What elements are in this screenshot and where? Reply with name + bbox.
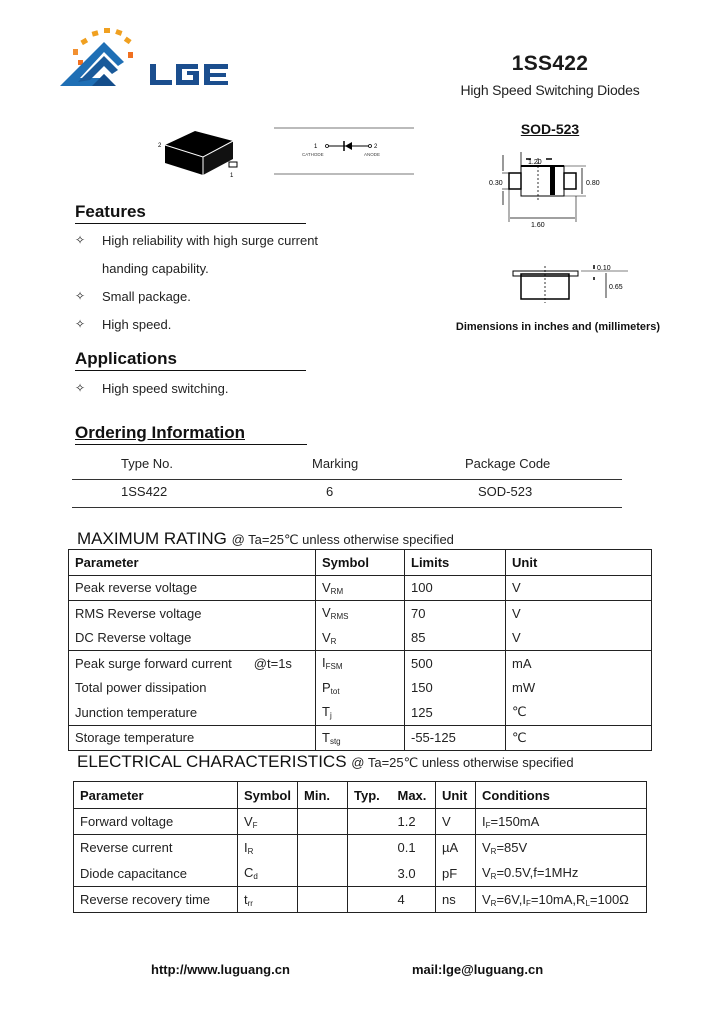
package-title: SOD-523	[510, 121, 590, 137]
unit-cell: µA	[436, 835, 476, 861]
symbol-cell: Tstg	[316, 725, 405, 751]
marking-cell: 6	[326, 484, 333, 499]
website-link[interactable]: http://www.luguang.cn	[151, 962, 290, 977]
lge-logo-icon	[58, 26, 238, 88]
limit-cell: 100	[405, 575, 506, 601]
typ-cell	[348, 887, 392, 913]
max-rating-condition: @ Ta=25℃ unless otherwise specified	[232, 532, 454, 547]
package-side-view-drawing: 0.10 0.65	[505, 258, 635, 306]
unit-cell: ℃	[506, 700, 652, 725]
company-logo	[58, 26, 238, 88]
electrical-condition: @ Ta=25℃ unless otherwise specified	[351, 755, 573, 770]
diamond-bullet-icon: ✧	[75, 381, 89, 395]
column-header: Min.	[298, 782, 348, 809]
table-row: DC Reverse voltageVR85V	[69, 626, 652, 651]
symbol-cell: IFSM	[316, 651, 405, 676]
parameter-cell: Peak reverse voltage	[69, 575, 316, 601]
conditions-cell: VR=0.5V,f=1MHz	[476, 861, 647, 887]
ordering-row: 1SS422 6 SOD-523	[72, 479, 622, 507]
max-cell: 1.2	[392, 809, 436, 835]
package-code-cell: SOD-523	[478, 484, 532, 499]
applications-heading: Applications	[75, 349, 306, 371]
unit-cell: V	[506, 601, 652, 626]
svg-text:ANODE: ANODE	[364, 152, 380, 157]
symbol-cell: Cd	[238, 861, 298, 887]
column-header: Parameter	[74, 782, 238, 809]
dim-body-width: 0.80	[586, 180, 600, 187]
min-cell	[298, 887, 348, 913]
symbol-cell: trr	[238, 887, 298, 913]
unit-cell: mW	[506, 676, 652, 701]
parameter-note: @t=1s	[254, 656, 292, 671]
ordering-table: Type No. Marking Package Code 1SS422 6 S…	[72, 452, 622, 508]
column-header: Symbol	[316, 550, 405, 576]
limit-cell: 500	[405, 651, 506, 676]
symbol-cell: VRM	[316, 575, 405, 601]
unit-cell: mA	[506, 651, 652, 676]
min-cell	[298, 809, 348, 835]
part-number: 1SS422	[440, 52, 660, 76]
table-row: Reverse recovery timetrr4nsVR=6V,IF=10mA…	[74, 887, 647, 913]
unit-cell: V	[506, 575, 652, 601]
table-row: Peak reverse voltageVRM100V	[69, 575, 652, 601]
column-header: Typ.	[348, 782, 392, 809]
svg-text:1: 1	[314, 144, 318, 150]
unit-cell: ns	[436, 887, 476, 913]
svg-text:2: 2	[374, 144, 378, 150]
unit-cell: pF	[436, 861, 476, 887]
column-header: Parameter	[69, 550, 316, 576]
dim-overall-length: 1.60	[531, 222, 545, 229]
symbol-cell: VF	[238, 809, 298, 835]
table-row: RMS Reverse voltageVRMS70V	[69, 601, 652, 626]
typ-cell	[348, 835, 392, 861]
column-header: Type No.	[121, 456, 173, 471]
diamond-bullet-icon: ✧	[75, 317, 89, 331]
conditions-cell: IF=150mA	[476, 809, 647, 835]
table-row: Diode capacitanceCd3.0pFVR=0.5V,f=1MHz	[74, 861, 647, 887]
typ-cell	[348, 861, 392, 887]
table-row: Reverse currentIR0.1µAVR=85V	[74, 835, 647, 861]
column-header: Package Code	[465, 456, 550, 471]
max-cell: 0.1	[392, 835, 436, 861]
pin-1-label: 1	[230, 173, 234, 179]
dim-body-length: 1.20	[528, 159, 542, 166]
limit-cell: 125	[405, 700, 506, 725]
dim-lead-width: 0.30	[489, 180, 503, 187]
column-header: Marking	[312, 456, 358, 471]
diamond-bullet-icon: ✧	[75, 289, 89, 303]
symbol-cell: VR	[316, 626, 405, 651]
parameter-cell: Junction temperature	[69, 700, 316, 725]
conditions-cell: VR=85V	[476, 835, 647, 861]
package-3d-image: 2 1	[155, 125, 245, 180]
column-header: Symbol	[238, 782, 298, 809]
features-heading: Features	[75, 202, 306, 224]
table-header-row: ParameterSymbolLimitsUnit	[69, 550, 652, 576]
symbol-cell: Ptot	[316, 676, 405, 701]
diode-schematic: 1 2 CATHODE ANODE	[272, 126, 416, 176]
column-header: Max.	[392, 782, 436, 809]
parameter-cell: Diode capacitance	[74, 861, 238, 887]
electrical-table: ParameterSymbolMin.Typ.Max.UnitCondition…	[73, 781, 647, 913]
dim-height: 0.65	[609, 284, 623, 291]
parameter-cell: Total power dissipation	[69, 676, 316, 701]
unit-cell: V	[436, 809, 476, 835]
parameter-cell: Peak surge forward current@t=1s	[69, 651, 316, 676]
max-rating-table: ParameterSymbolLimitsUnitPeak reverse vo…	[68, 549, 652, 751]
table-header-row: ParameterSymbolMin.Typ.Max.UnitCondition…	[74, 782, 647, 809]
limit-cell: -55-125	[405, 725, 506, 751]
electrical-title: ELECTRICAL CHARACTERISTICS @ Ta=25℃ unle…	[77, 752, 574, 772]
type-no-cell: 1SS422	[121, 484, 167, 499]
table-row: Forward voltageVF1.2VIF=150mA	[74, 809, 647, 835]
unit-cell: V	[506, 626, 652, 651]
svg-text:CATHODE: CATHODE	[302, 152, 324, 157]
column-header: Unit	[506, 550, 652, 576]
email-link[interactable]: mail:lge@luguang.cn	[412, 962, 543, 977]
max-cell: 3.0	[392, 861, 436, 887]
min-cell	[298, 835, 348, 861]
symbol-cell: VRMS	[316, 601, 405, 626]
dimensions-note: Dimensions in inches and (millimeters)	[446, 321, 670, 333]
pin-2-label: 2	[158, 143, 162, 149]
column-header: Conditions	[476, 782, 647, 809]
ordering-header-row: Type No. Marking Package Code	[72, 452, 622, 479]
limit-cell: 85	[405, 626, 506, 651]
max-cell: 4	[392, 887, 436, 913]
parameter-cell: Reverse recovery time	[74, 887, 238, 913]
typ-cell	[348, 809, 392, 835]
unit-cell: ℃	[506, 725, 652, 751]
symbol-cell: IR	[238, 835, 298, 861]
max-rating-title: MAXIMUM RATING @ Ta=25℃ unless otherwise…	[77, 529, 454, 549]
parameter-cell: DC Reverse voltage	[69, 626, 316, 651]
limit-cell: 70	[405, 601, 506, 626]
ordering-heading: Ordering Information	[75, 423, 307, 445]
table-row: Total power dissipationPtot150mW	[69, 676, 652, 701]
parameter-cell: Forward voltage	[74, 809, 238, 835]
table-row: Peak surge forward current@t=1sIFSM500mA	[69, 651, 652, 676]
dim-lead-thickness: 0.10	[597, 265, 611, 272]
parameter-cell: Reverse current	[74, 835, 238, 861]
min-cell	[298, 861, 348, 887]
diamond-bullet-icon: ✧	[75, 233, 89, 247]
table-row: Storage temperatureTstg-55-125℃	[69, 725, 652, 751]
package-top-view-drawing: 1.20 0.80 0.30 1.60	[486, 150, 616, 230]
product-subtitle: High Speed Switching Diodes	[440, 82, 660, 98]
parameter-cell: RMS Reverse voltage	[69, 601, 316, 626]
column-header: Limits	[405, 550, 506, 576]
limit-cell: 150	[405, 676, 506, 701]
symbol-cell: Tj	[316, 700, 405, 725]
divider	[72, 507, 622, 508]
column-header: Unit	[436, 782, 476, 809]
conditions-cell: VR=6V,IF=10mA,RL=100Ω	[476, 887, 647, 913]
parameter-cell: Storage temperature	[69, 725, 316, 751]
table-row: Junction temperatureTj125℃	[69, 700, 652, 725]
